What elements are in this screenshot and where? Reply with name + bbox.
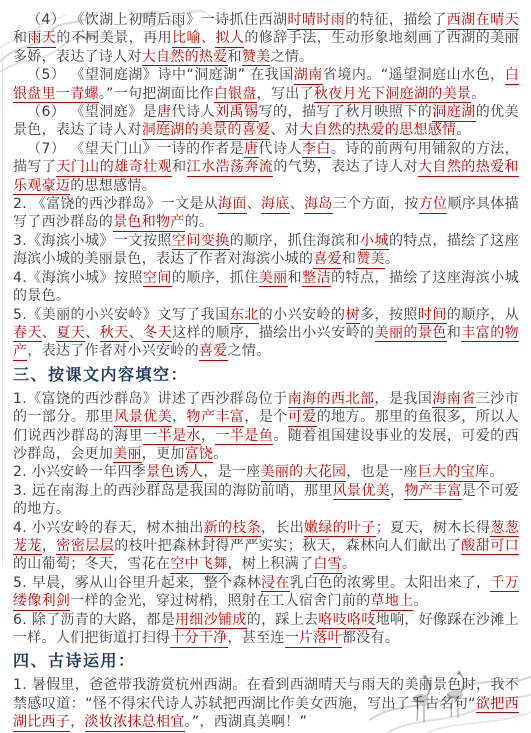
text-run: 的。 bbox=[185, 214, 214, 230]
key-phrase: 空中飞舞 bbox=[170, 556, 227, 574]
key-phrase: 唐 bbox=[244, 141, 258, 159]
text-run: 。”一句把湖面比作 bbox=[99, 86, 214, 102]
key-phrase: 李白 bbox=[302, 141, 331, 159]
text-run: 5. 早晨，雾从山谷里升起来，整个森林 bbox=[13, 575, 261, 591]
text-run: 。 bbox=[413, 593, 427, 609]
text-run: 乳白色的浓雾里。太阳出来了， bbox=[290, 575, 491, 591]
key-phrase: 方位 bbox=[419, 196, 448, 214]
key-phrase: 咯吱咯吱 bbox=[318, 612, 375, 630]
text-run: 。 bbox=[456, 122, 470, 138]
text-run: 三个方面，按 bbox=[333, 196, 419, 212]
text-run: ， bbox=[201, 428, 215, 444]
paragraph: （7） 《望天门山》一诗的作者是唐代诗人李白。诗的前两句用铺叙的方法，描写了天门… bbox=[13, 140, 519, 195]
page-edge-line bbox=[2, 52, 3, 567]
text-run: 的顺序，从 bbox=[447, 307, 519, 323]
key-phrase: 空间变换 bbox=[172, 233, 230, 251]
key-phrase: 一半是鱼 bbox=[215, 428, 273, 446]
paragraph: （4） 《饮湖上初晴后雨》一诗抓住西湖时晴时雨的特征，描绘了西湖在晴天和雨天的不… bbox=[13, 11, 519, 66]
text-run: ，更加 bbox=[142, 446, 185, 462]
text-run: 、 bbox=[201, 30, 215, 46]
text-run: ，长出 bbox=[261, 520, 304, 536]
text-run: 。 bbox=[213, 446, 227, 462]
key-phrase: 富饶 bbox=[185, 446, 214, 464]
text-run: 之情。 bbox=[270, 49, 313, 65]
key-phrase: 春天 bbox=[13, 325, 42, 343]
key-phrase: 海岛 bbox=[304, 196, 333, 214]
key-phrase: 浸在 bbox=[261, 575, 290, 593]
key-phrase: 可爱 bbox=[288, 409, 317, 427]
text-run: 代诗人 bbox=[172, 104, 215, 120]
paragraph: 1.《富饶的西沙群岛》讲述了西沙群岛位于南海的西北部，是我国海南省三沙市的一部分… bbox=[13, 390, 519, 464]
text-run: 的顺序，抓住 bbox=[172, 270, 259, 286]
text-run: 1. 暑假里，爸爸带我游赏杭州西湖。在看到西湖晴天与雨天的美丽景色时，我不禁感叹… bbox=[13, 677, 519, 711]
key-phrase: 酸甜可口 bbox=[461, 538, 519, 556]
text-run: ，是一座 bbox=[203, 464, 260, 480]
text-run: 之情。 bbox=[228, 343, 271, 359]
text-run: 多，按照 bbox=[360, 307, 418, 323]
paragraph: 1. 暑假里，爸爸带我游赏杭州西湖。在看到西湖晴天与雨天的美丽景色时，我不禁感叹… bbox=[13, 676, 519, 731]
key-phrase: 大自然的热爱的思想感情 bbox=[299, 122, 456, 140]
text-run: （5） 《望洞庭湖》诗中“洞庭湖” 在我国 bbox=[27, 67, 294, 83]
key-phrase: 用细沙铺成 bbox=[175, 612, 247, 630]
text-run: 、 bbox=[290, 196, 304, 212]
key-phrase: 喜爱 bbox=[313, 251, 342, 269]
text-run: 。 bbox=[471, 86, 485, 102]
key-phrase: 赞美 bbox=[356, 251, 385, 269]
key-phrase: 东北 bbox=[230, 307, 259, 325]
key-phrase: 海底 bbox=[261, 196, 290, 214]
text-run: （4） 《饮湖上初晴后雨》一诗抓住西湖 bbox=[27, 12, 287, 28]
text-run: ；夏天，树木长得 bbox=[376, 520, 491, 536]
text-run: 和 bbox=[342, 251, 356, 267]
text-run: 和 bbox=[228, 49, 242, 65]
text-run: ，树上积满了 bbox=[228, 556, 314, 572]
text-run: 的思想感情。 bbox=[70, 178, 156, 194]
text-run: ，也是一座 bbox=[346, 464, 418, 480]
paragraph: 3.《海滨小城》一文按照空间变换的顺序，抓住海滨和小城的特点，描绘了这座海滨小城… bbox=[13, 232, 519, 269]
text-run: ， bbox=[42, 538, 56, 554]
key-phrase: 喜爱 bbox=[199, 343, 228, 361]
key-phrase: 洞庭湖 bbox=[432, 104, 475, 122]
text-run: 的不同美景，再用 bbox=[56, 30, 172, 46]
key-phrase: 湖南 bbox=[294, 67, 323, 85]
text-run: 1.《富饶的西沙群岛》讲述了西沙群岛位于 bbox=[13, 391, 288, 407]
key-phrase: 冬天 bbox=[143, 325, 172, 343]
key-phrase: 风景优美 bbox=[114, 409, 172, 427]
key-phrase: 新的枝条 bbox=[204, 520, 261, 538]
paragraph: 5.《美丽的小兴安岭》文写了我国东北的小兴安岭的树多，按照时间的顺序，从春天、夏… bbox=[13, 306, 519, 361]
key-phrase: 美丽的大花园 bbox=[261, 464, 347, 482]
key-phrase: 白银盘 bbox=[214, 86, 257, 104]
text-run: ， bbox=[70, 714, 84, 730]
text-run: 一样的金光，穿过树梢，照射在工人宿舍门前的 bbox=[70, 593, 370, 609]
key-phrase: 空间 bbox=[143, 270, 172, 288]
key-phrase: 一半是水 bbox=[143, 428, 201, 446]
key-phrase: 比喻 bbox=[172, 30, 201, 48]
key-phrase: 整洁 bbox=[302, 270, 331, 288]
section-heading: 四、古诗运用： bbox=[13, 651, 519, 671]
key-phrase: 时间 bbox=[418, 307, 447, 325]
key-phrase: 洞庭湖的美景的喜爱 bbox=[142, 122, 271, 140]
text-run: 这样的顺序，描绘出小兴安岭的 bbox=[172, 325, 374, 341]
text-run: ，是个 bbox=[244, 409, 287, 425]
key-phrase: 秋夜月光下洞庭湖的美景 bbox=[314, 86, 471, 104]
key-phrase: 物产丰富 bbox=[187, 409, 245, 427]
text-run: ， bbox=[172, 409, 186, 425]
key-phrase: 大自然的热爱 bbox=[142, 49, 228, 67]
key-phrase: 夏天 bbox=[56, 325, 85, 343]
key-phrase: 拟人 bbox=[215, 30, 244, 48]
key-phrase: 雨天 bbox=[27, 30, 56, 48]
paragraph: （5） 《望洞庭湖》诗中“洞庭湖” 在我国湖南省境内。“遥望洞庭山水色，白银盘里… bbox=[13, 66, 519, 103]
document-content: （4） 《饮湖上初晴后雨》一诗抓住西湖时晴时雨的特征，描绘了西湖在晴天和雨天的不… bbox=[13, 11, 519, 732]
paragraph: 4.《海滨小城》按照空间的顺序，抓住美丽和整洁的特点，描绘了这座海滨小城的景色。 bbox=[13, 269, 519, 306]
text-run: 和 bbox=[13, 30, 27, 46]
text-run: 。”，西湖真美啊！” bbox=[185, 714, 308, 730]
key-phrase: 唐 bbox=[157, 104, 171, 122]
text-run: （7） 《望天门山》一诗的作者是 bbox=[27, 141, 244, 157]
text-run: 3.《海滨小城》一文按照 bbox=[13, 233, 172, 249]
key-phrase: 美丽 bbox=[113, 446, 142, 464]
text-run: 2. 《富饶的西沙群岛》一文是从 bbox=[13, 196, 218, 212]
paragraph: 2. 小兴安岭一年四季景色诱人，是一座美丽的大花园，也是一座巨大的宝库。 bbox=[13, 463, 519, 481]
key-phrase: 嫩绿的叶子 bbox=[304, 520, 376, 538]
key-phrase: 树 bbox=[346, 307, 360, 325]
text-run: 的枝叶把森林封得严严实实；秋天，森林向人们献出了 bbox=[114, 538, 461, 554]
text-run: 3. 远在南海上的西沙群岛是我国的海防前哨，那里 bbox=[13, 483, 333, 499]
text-run: 的顺序，抓住海滨和 bbox=[230, 233, 360, 249]
text-run: 的气势，表达了诗人对 bbox=[273, 159, 418, 175]
key-phrase: 天门山的雄奇壮观 bbox=[56, 159, 172, 177]
key-phrase: 海面 bbox=[218, 196, 247, 214]
key-phrase: 南海的西北部 bbox=[288, 391, 375, 409]
key-phrase: 江水浩荡奔流 bbox=[187, 159, 274, 177]
section-heading: 三、按课文内容填空： bbox=[13, 365, 519, 385]
key-phrase: 美丽 bbox=[259, 270, 288, 288]
paragraph: 6. 除了沥青的大路，都是用细沙铺成的，踩上去咯吱咯吱地响，好像踩在沙滩上一样。… bbox=[13, 611, 519, 648]
key-phrase: 小城 bbox=[360, 233, 389, 251]
key-phrase: 物产丰富 bbox=[404, 483, 461, 501]
text-run: 、对 bbox=[270, 122, 299, 138]
paragraph: （6） 《望洞庭》是唐代诗人刘禹锡写的，描写了秋月映照下的洞庭湖的优美景色，表达… bbox=[13, 103, 519, 140]
text-run: 写的，描写了秋月映照下的 bbox=[259, 104, 433, 120]
key-phrase: 时晴时雨 bbox=[287, 12, 345, 30]
text-run: 、 bbox=[129, 325, 143, 341]
key-phrase: 刘禹锡 bbox=[215, 104, 258, 122]
text-run: ，是我国 bbox=[374, 391, 432, 407]
text-run: 。 bbox=[489, 464, 503, 480]
text-run: 。 bbox=[385, 251, 399, 267]
text-run: 代诗人 bbox=[259, 141, 302, 157]
text-run: 、 bbox=[247, 196, 261, 212]
text-run: （6） 《望洞庭》是 bbox=[27, 104, 157, 120]
text-run: 的，踩上去 bbox=[247, 612, 319, 628]
key-phrase: 秋天 bbox=[100, 325, 129, 343]
key-phrase: 赞美 bbox=[242, 49, 271, 67]
key-phrase: 草地上 bbox=[371, 593, 414, 611]
text-run: 省境内。“遥望洞庭山水色， bbox=[323, 67, 505, 83]
text-run: 的山葡萄；冬天，雪花在 bbox=[13, 556, 170, 572]
text-run: 。 bbox=[342, 556, 356, 572]
text-run: 、 bbox=[42, 325, 56, 341]
key-phrase: 美丽的景色 bbox=[375, 325, 447, 343]
text-run: 5.《美丽的小兴安岭》文写了我国 bbox=[13, 307, 230, 323]
paragraph: 4. 小兴安岭的春天，树木抽出新的枝条，长出嫩绿的叶子；夏天，树木长得葱葱茏茏，… bbox=[13, 519, 519, 574]
key-phrase: 景色诱人 bbox=[146, 464, 203, 482]
key-phrase: 淡妆浓抹总相宜 bbox=[85, 714, 185, 732]
key-phrase: 巨大的宝库 bbox=[418, 464, 490, 482]
text-run: ，写出了 bbox=[257, 86, 314, 102]
text-run: 的小兴安岭的 bbox=[259, 307, 346, 323]
paragraph: 3. 远在南海上的西沙群岛是我国的海防前哨，那里风景优美，物产丰富是个可爱的地方… bbox=[13, 482, 519, 519]
text-run: 4. 小兴安岭的春天，树木抽出 bbox=[13, 520, 204, 536]
text-run: 2. 小兴安岭一年四季 bbox=[13, 464, 146, 480]
key-phrase: 一片落叶 bbox=[285, 630, 342, 648]
paragraph: 5. 早晨，雾从山谷里升起来，整个森林浸在乳白色的浓雾里。太阳出来了，千万缕像利… bbox=[13, 574, 519, 611]
key-phrase: 海南省 bbox=[432, 391, 475, 409]
paragraph: 2. 《富饶的西沙群岛》一文是从海面、海底、海岛三个方面，按方位顺序具体描写了西… bbox=[13, 195, 519, 232]
key-phrase: 十分干净 bbox=[170, 630, 227, 648]
key-phrase: 景色和物产 bbox=[113, 214, 185, 232]
text-run: 和 bbox=[447, 325, 461, 341]
text-run: ，甚至连 bbox=[228, 630, 285, 646]
text-run: 6. 除了沥青的大路，都是 bbox=[13, 612, 175, 628]
text-run: ， bbox=[390, 483, 404, 499]
text-run: 和 bbox=[172, 159, 186, 175]
text-run: 、 bbox=[85, 325, 99, 341]
text-run: ，表达了作者对小兴安岭的 bbox=[27, 343, 199, 359]
worksheet-page: （4） 《饮湖上初晴后雨》一诗抓住西湖时晴时雨的特征，描绘了西湖在晴天和雨天的不… bbox=[0, 0, 531, 733]
key-phrase: 风景优美 bbox=[333, 483, 390, 501]
key-phrase: 白雪 bbox=[313, 556, 342, 574]
key-phrase: 西湖在晴天 bbox=[447, 12, 519, 30]
key-phrase: 密密层层 bbox=[56, 538, 114, 556]
text-run: 和 bbox=[288, 270, 302, 286]
text-run: 的特征，描绘了 bbox=[345, 12, 446, 28]
text-run: 4.《海滨小城》按照 bbox=[13, 270, 143, 286]
text-run: 都没有。 bbox=[342, 630, 399, 646]
